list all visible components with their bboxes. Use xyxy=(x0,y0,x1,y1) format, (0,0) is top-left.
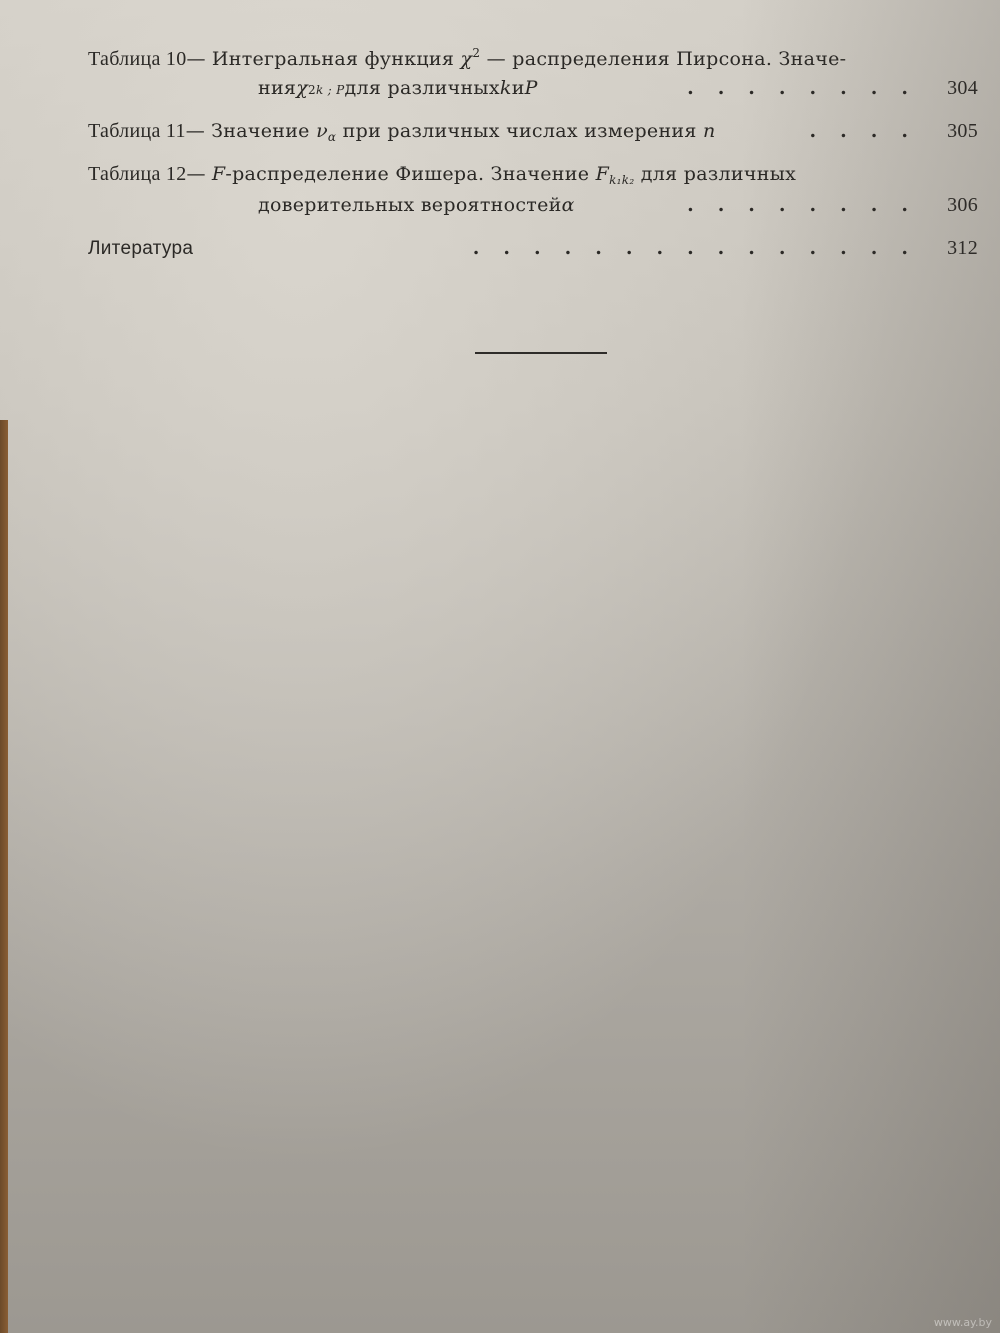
entry-dash: — xyxy=(187,48,206,70)
book-binding-edge xyxy=(0,420,8,1333)
page-number: 312 xyxy=(942,237,978,260)
toc-entry-line-continued: доверительных вероятностей α ........ 30… xyxy=(88,194,978,225)
alpha-symbol: α xyxy=(562,194,575,216)
entry-label: Таблица 12 xyxy=(88,163,187,186)
entry-label: Литература xyxy=(88,238,193,260)
entry-title-text: Интегральная функция χ2 — распределения … xyxy=(212,46,847,70)
entry-dash: — xyxy=(187,163,206,185)
variable-f: F xyxy=(596,163,609,185)
toc-entry-line-continued: ния χ2k ; P для различных k и P ........… xyxy=(88,77,978,108)
toc-entry-literature: Литература ............... 312 xyxy=(88,237,978,268)
entry-title-text: F-распределение Фишера. Значение Fk₁k₂ д… xyxy=(212,163,796,187)
entry-dash: — xyxy=(186,120,205,142)
title-text: для различных xyxy=(345,77,500,99)
chi-symbol: χ xyxy=(296,77,308,99)
toc-entry-table-10: Таблица 10 — Интегральная функция χ2 — р… xyxy=(88,46,978,108)
dot-leader: ........ xyxy=(589,194,932,216)
nu-symbol: ν xyxy=(316,120,328,142)
title-text: для различных xyxy=(634,163,796,185)
dot-leader: .... xyxy=(730,120,932,142)
title-text: Значение xyxy=(211,120,316,142)
entry-label: Таблица 10 xyxy=(88,48,187,71)
title-text: доверительных вероятностей xyxy=(258,194,562,216)
subscript: k₁k₂ xyxy=(609,173,634,187)
book-page: Таблица 10 — Интегральная функция χ2 — р… xyxy=(0,0,1000,1333)
variable-p: P xyxy=(525,77,538,99)
variable-n: n xyxy=(703,120,716,142)
table-of-contents: Таблица 10 — Интегральная функция χ2 — р… xyxy=(88,46,978,280)
chi-symbol: χ xyxy=(461,48,473,70)
variable-f: F xyxy=(212,163,225,185)
title-text: Интегральная функция xyxy=(212,48,461,70)
entry-label: Таблица 11 xyxy=(88,120,186,143)
toc-entry-line: Таблица 10 — Интегральная функция χ2 — р… xyxy=(88,46,978,77)
page-number: 305 xyxy=(942,120,978,143)
dot-leader: ............... xyxy=(233,237,932,259)
toc-entry-line: Литература ............... 312 xyxy=(88,237,978,268)
section-end-rule xyxy=(475,352,607,354)
superscript: 2 xyxy=(308,83,316,97)
page-number: 304 xyxy=(942,77,978,100)
subscript: k ; P xyxy=(316,83,345,97)
variable-k: k xyxy=(500,77,512,99)
title-text: ния xyxy=(258,77,296,99)
title-text: и xyxy=(512,77,525,99)
title-text: -распределение Фишера. Значение xyxy=(225,163,595,185)
page-number: 306 xyxy=(942,194,978,217)
title-text: — распределения Пирсона. Значе- xyxy=(480,48,846,70)
dot-leader: ........ xyxy=(552,77,932,99)
toc-entry-line: Таблица 12 — F-распределение Фишера. Зна… xyxy=(88,163,978,194)
entry-title-text: Значение να при различных числах измерен… xyxy=(211,120,715,144)
watermark: www.ay.by xyxy=(934,1316,992,1329)
title-text: при различных числах измерения xyxy=(336,120,703,142)
toc-entry-table-12: Таблица 12 — F-распределение Фишера. Зна… xyxy=(88,163,978,225)
toc-entry-line: Таблица 11 — Значение να при различных ч… xyxy=(88,120,978,151)
toc-entry-table-11: Таблица 11 — Значение να при различных ч… xyxy=(88,120,978,151)
